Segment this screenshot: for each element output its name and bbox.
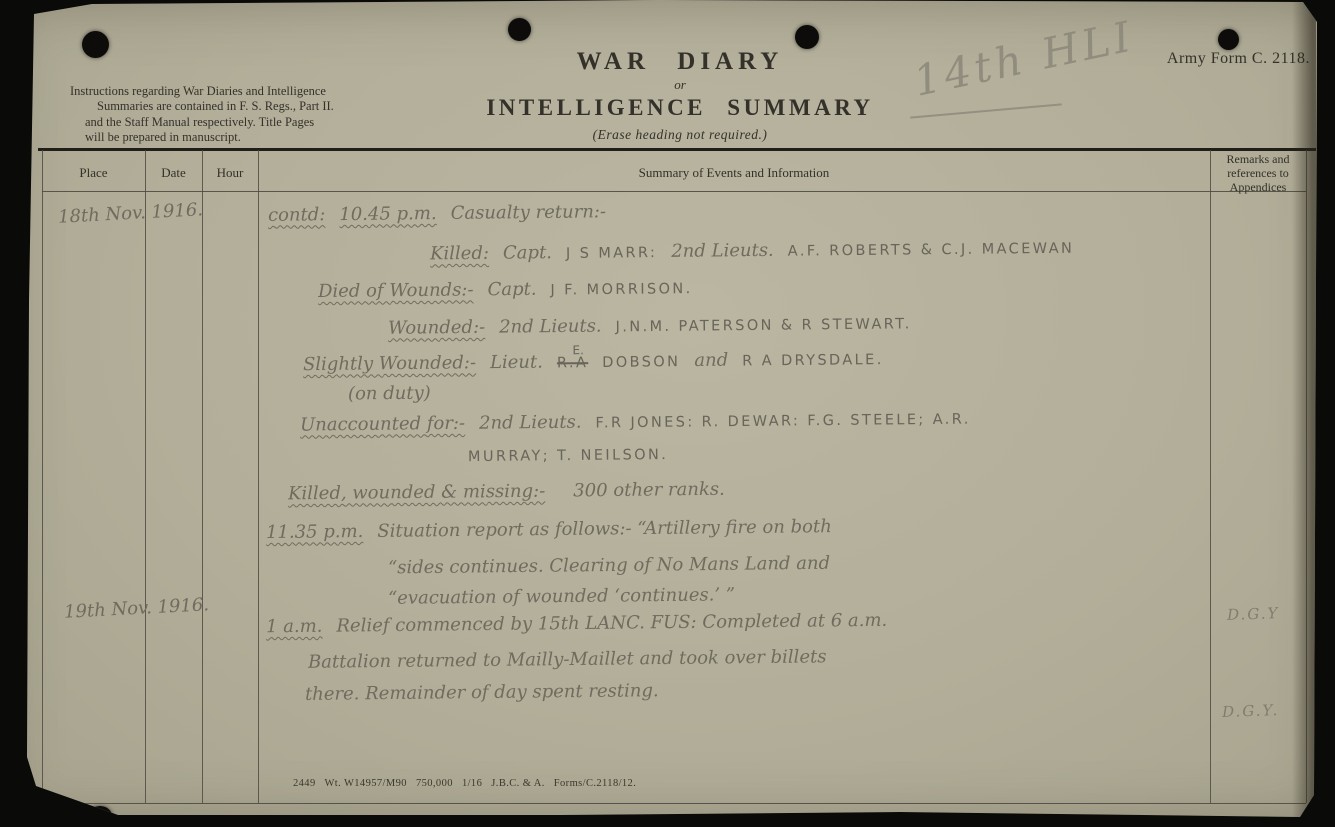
diary-line-on-duty: (on duty) bbox=[348, 383, 441, 405]
column-divider-date-hour bbox=[202, 150, 203, 803]
diary-line-situation-report-3: “evacuation of wounded ‘continues.’ ” bbox=[388, 584, 745, 609]
diary-line-died-of-wounds: Died of Wounds:- Capt. J F. MORRISON. bbox=[318, 277, 703, 302]
title-erase-note: (Erase heading not required.) bbox=[470, 127, 890, 143]
title-or: or bbox=[470, 77, 890, 93]
diary-line-killed: Killed: Capt. J S MARR: 2nd Lieuts. A.F.… bbox=[430, 237, 1084, 265]
diary-line-situation-report: 11.35 p.m. Situation report as follows:-… bbox=[266, 516, 842, 543]
handwritten-underline bbox=[910, 103, 1062, 118]
column-divider-place-date bbox=[145, 150, 146, 803]
table-header-underline bbox=[42, 191, 1306, 192]
instructions-line: will be prepared in manuscript. bbox=[85, 130, 410, 145]
diary-line-situation-report-2: “sides continues. Clearing of No Mans La… bbox=[388, 553, 840, 579]
diary-line-unaccounted-for: Unaccounted for:- 2nd Lieuts. F.R JONES:… bbox=[300, 407, 981, 435]
title-intelligence-summary: INTELLIGENCE SUMMARY bbox=[470, 95, 890, 121]
instructions-line: Summaries are contained in F. S. Regs., … bbox=[97, 99, 410, 114]
column-header-date: Date bbox=[145, 165, 202, 181]
form-title-block: WAR DIARY or INTELLIGENCE SUMMARY (Erase… bbox=[470, 48, 890, 143]
punch-hole bbox=[82, 31, 109, 58]
corrected-initials: E. R.A bbox=[557, 354, 588, 372]
diary-line-relief-3: there. Remainder of day spent resting. bbox=[305, 680, 669, 705]
header-rule bbox=[38, 148, 1316, 151]
entry-date: 19th Nov. 1916. bbox=[64, 594, 210, 623]
diary-line-unaccounted-continued: MURRAY; T. NEILSON. bbox=[468, 446, 678, 466]
instructions-line: Instructions regarding War Diaries and I… bbox=[70, 84, 410, 99]
remark-initials: D.G.Y. bbox=[1222, 701, 1280, 721]
diary-line-casualty-return: contd: 10.45 p.m. Casualty return:- bbox=[268, 201, 616, 226]
column-divider-summary-remarks bbox=[1210, 150, 1211, 803]
diary-line-killed-wounded-missing: Killed, wounded & missing:- 300 other ra… bbox=[288, 479, 735, 505]
diary-line-slightly-wounded: Slightly Wounded:- Lieut. E. R.A DOBSON … bbox=[303, 348, 894, 375]
column-header-summary: Summary of Events and Information bbox=[258, 165, 1210, 181]
printers-imprint: 2449 Wt. W14957/M90 750,000 1/16 J.B.C. … bbox=[293, 778, 636, 789]
punch-hole bbox=[1218, 29, 1239, 50]
entry-date: 18th Nov. 1916. bbox=[58, 199, 204, 228]
scanned-war-diary-page: Instructions regarding War Diaries and I… bbox=[0, 0, 1335, 827]
instructions-line: and the Staff Manual respectively. Title… bbox=[85, 115, 410, 130]
column-divider-hour-summary bbox=[258, 150, 259, 803]
punch-hole bbox=[795, 25, 819, 49]
punch-hole bbox=[88, 806, 112, 826]
paper-sheet: Instructions regarding War Diaries and I… bbox=[0, 0, 1335, 827]
diary-line-wounded: Wounded:- 2nd Lieuts. J.N.M. PATERSON & … bbox=[388, 312, 922, 339]
remark-initials: D.G.Y bbox=[1227, 604, 1280, 624]
diary-line-relief: 1 a.m. Relief commenced by 15th LANC. FU… bbox=[266, 610, 897, 638]
diary-line-relief-2: Battalion returned to Mailly-Maillet and… bbox=[308, 646, 837, 673]
table-bottom-rule bbox=[42, 803, 1306, 804]
paper-edge-shadow bbox=[1292, 0, 1316, 817]
punch-hole bbox=[508, 18, 531, 41]
column-header-hour: Hour bbox=[202, 165, 258, 181]
form-instructions: Instructions regarding War Diaries and I… bbox=[70, 84, 410, 145]
title-war-diary: WAR DIARY bbox=[470, 48, 890, 76]
column-header-place: Place bbox=[42, 165, 145, 181]
table-border-left bbox=[42, 150, 43, 803]
handwritten-unit-annotation: 14th HLI bbox=[909, 11, 1138, 105]
